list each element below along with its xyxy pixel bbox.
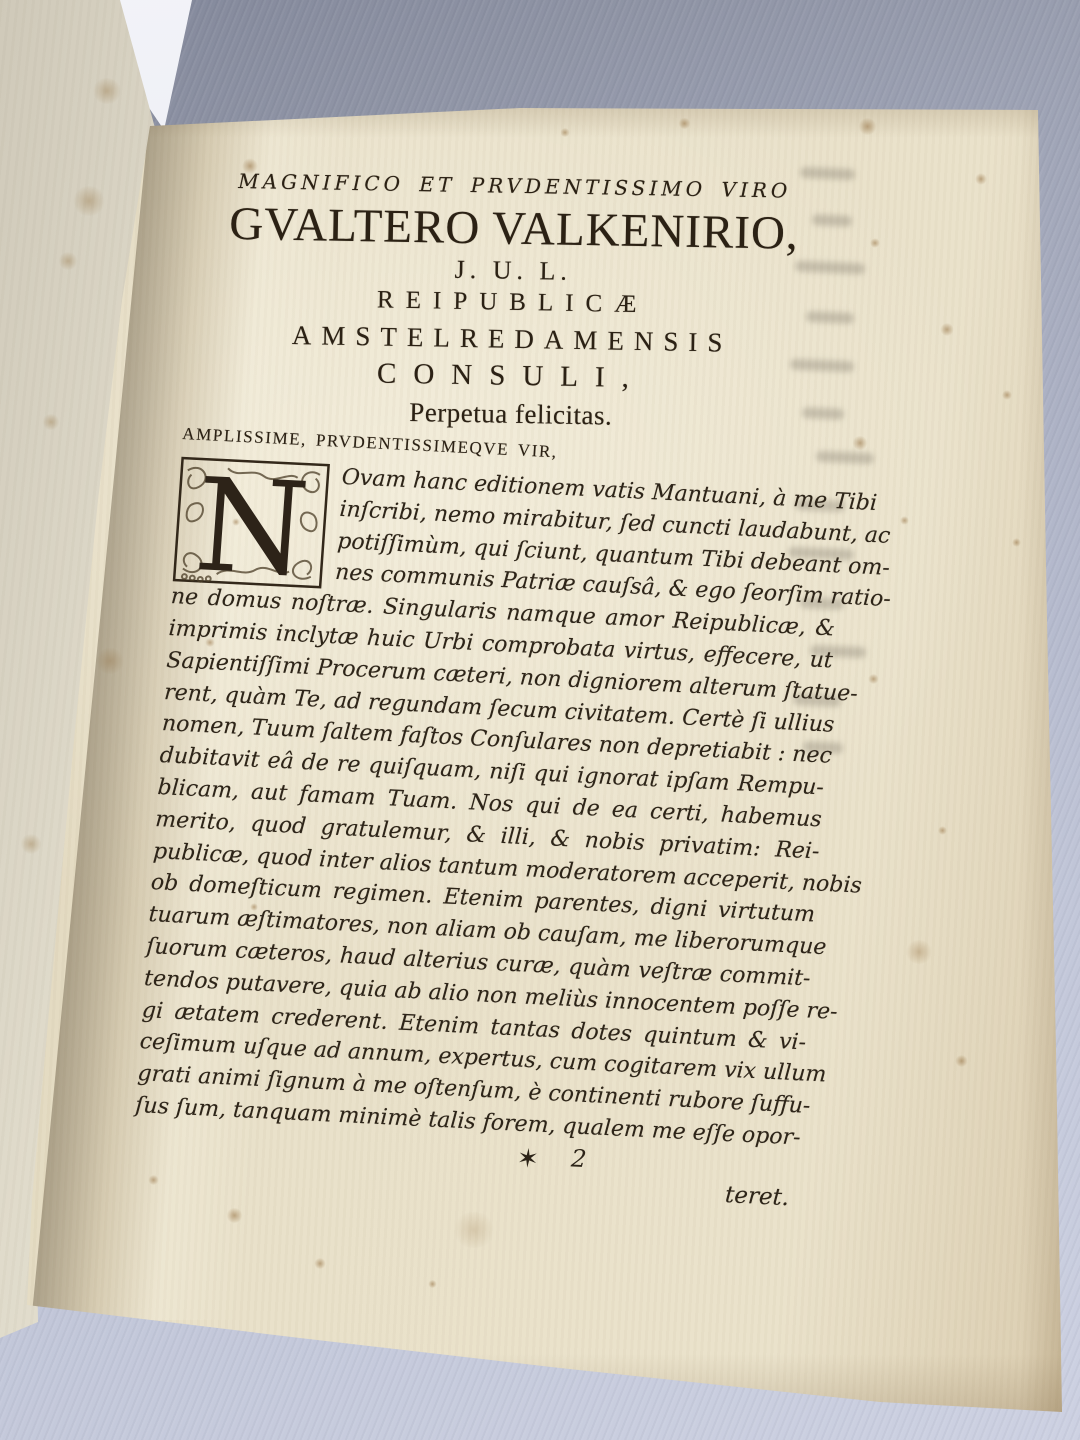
- foxing-spot: [95, 648, 125, 674]
- foxing-spot: [955, 1055, 968, 1067]
- drop-cap-letter: N: [191, 456, 313, 589]
- drop-cap-woodcut: N: [172, 456, 331, 589]
- foxing-spot: [900, 516, 909, 525]
- signature-star-mark: ✶: [516, 1144, 540, 1175]
- foxing-spot: [560, 128, 570, 137]
- foxing-spot: [938, 826, 947, 835]
- foxing-spot: [868, 674, 879, 684]
- foxing-spot: [678, 118, 691, 129]
- paper-stain: [72, 186, 106, 216]
- paper-stain: [42, 414, 60, 430]
- foxing-spot: [940, 323, 954, 336]
- foxing-spot: [852, 436, 868, 450]
- dedication-body: AMPLISSIME, PRVDENTISSIMEQVE VIR,: [130, 424, 847, 1215]
- foxing-spot: [428, 1280, 437, 1288]
- dedicatee-name: GVALTERO VALKENIRIO,: [182, 198, 847, 260]
- foxing-spot: [870, 238, 880, 248]
- foxing-spot: [975, 173, 987, 185]
- foxing-spot: [226, 1208, 243, 1223]
- dedication-paragraph: N Ovam hanc editionem vatis Mantuani, à …: [134, 454, 845, 1154]
- catchword: teret.: [724, 1182, 790, 1211]
- heading-block: MAGNIFICO ET PRVDENTISSIMO VIRO GVALTERO…: [179, 168, 847, 436]
- foxing-spot: [1012, 538, 1021, 547]
- foxing-spot: [314, 1258, 326, 1269]
- dedication-page: MAGNIFICO ET PRVDENTISSIMO VIRO GVALTERO…: [0, 0, 1080, 1440]
- paper-stain: [58, 252, 78, 270]
- foxing-spot: [858, 118, 877, 135]
- book-photo-scene: MAGNIFICO ET PRVDENTISSIMO VIRO GVALTERO…: [0, 0, 1080, 1440]
- signature-number: 2: [570, 1144, 587, 1173]
- paper-stain: [92, 78, 122, 104]
- foxing-spot: [1002, 390, 1012, 400]
- paper-stain: [20, 834, 42, 854]
- foxing-spot: [452, 1212, 496, 1248]
- foxing-spot: [905, 940, 933, 964]
